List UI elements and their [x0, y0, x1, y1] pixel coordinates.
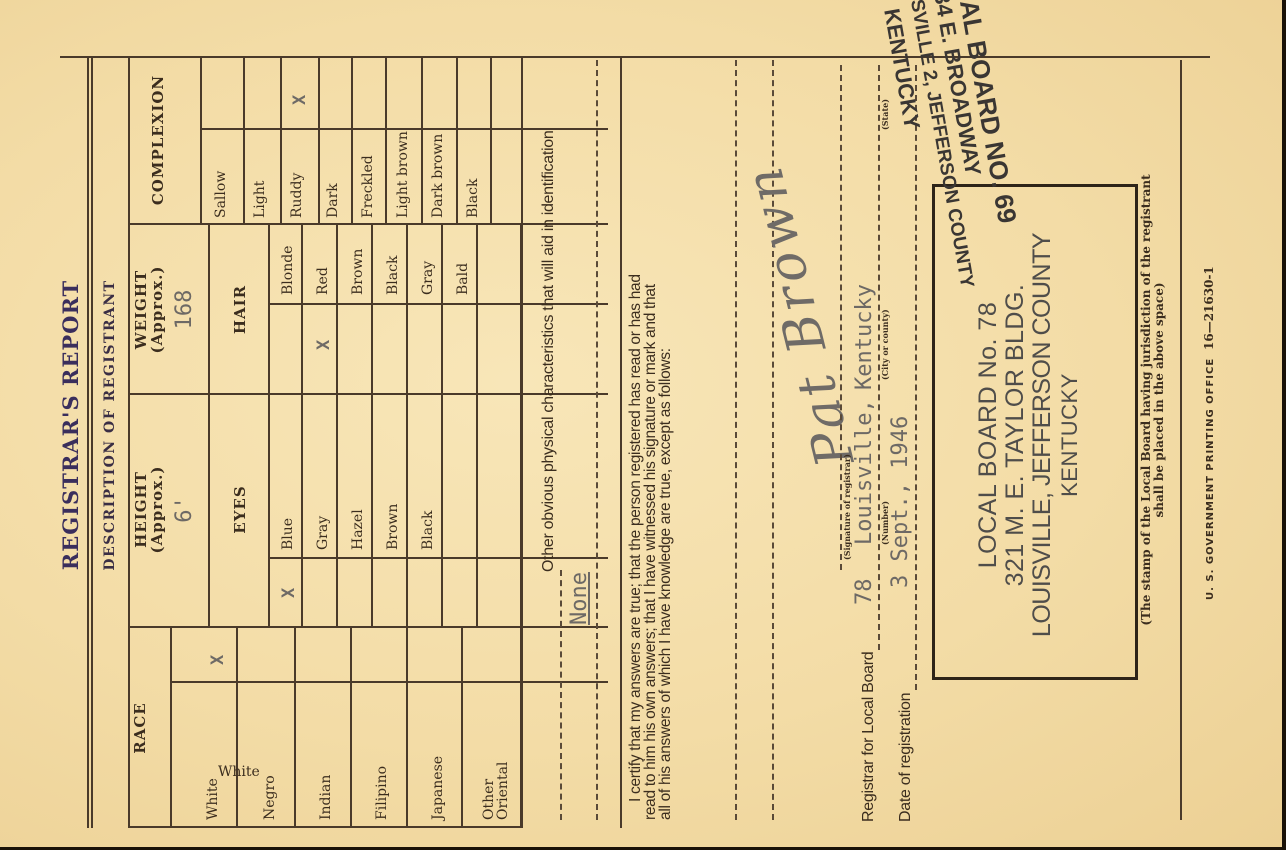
eyes-option-black: Black [420, 511, 436, 550]
height-header: HEIGHT(Approx.) [133, 397, 165, 622]
local-board-69-overstamp: LOCAL BOARD NO. 69 334 E. BROADWAY LOUIS… [870, 0, 1035, 316]
registration-date-label: Date of registration [897, 693, 915, 822]
title-rule-2 [91, 58, 93, 828]
dotted-line [596, 60, 598, 820]
caption-state: (State) [880, 99, 890, 130]
dotted-line [560, 570, 562, 820]
race-header-rule [170, 628, 172, 828]
form-code: 16—21630-1 [1202, 266, 1216, 350]
eyes-option-hazel: Hazel [350, 509, 366, 550]
row-line [280, 58, 282, 225]
form-subtitle: DESCRIPTION OF REGISTRANT [102, 0, 118, 850]
stamp-note: (The stamp of the Local Board having jur… [1140, 120, 1166, 680]
race-label-negro: Negro [262, 700, 278, 820]
complexion-option-light-brown: Light brown [395, 131, 411, 218]
row-line [456, 58, 458, 225]
footer-rule [1180, 60, 1182, 820]
row-line [385, 58, 387, 225]
eyes-header: EYES [232, 397, 248, 622]
cert-line-3: all of his answers of which I have knowl… [658, 60, 673, 820]
complexion-option-dark: Dark [325, 183, 341, 218]
eyes-blue-checkmark: X [279, 588, 299, 598]
registration-date-value: 3 Sept., 1946 [888, 416, 913, 588]
registrar-board-label: Registrar for Local Board [860, 652, 878, 822]
row-line [301, 225, 303, 628]
subtitle-rule [128, 58, 130, 828]
height-value: 6' [172, 397, 197, 622]
eyes-option-gray: Gray [315, 516, 331, 550]
stamp-line-4: KENTUCKY [1056, 195, 1083, 675]
weight-value: 168 [172, 227, 197, 392]
hair-option-bald: Bald [455, 263, 471, 295]
hair-option-brown: Brown [350, 249, 366, 295]
row-line [371, 225, 373, 628]
race-header: RACE [132, 628, 148, 828]
weight-header: WEIGHT(Approx.) [133, 227, 165, 392]
printer-credit: U. S. GOVERNMENT PRINTING OFFICE [1205, 358, 1216, 600]
title-rule [87, 58, 89, 828]
eyes-option-brown: Brown [385, 504, 401, 550]
board-state: Kentucky [852, 284, 877, 390]
city-value: Louisville [852, 413, 877, 545]
race-label-indian: Indian [318, 700, 334, 820]
board-city: Louisville, [852, 399, 877, 545]
race-mark-line [170, 681, 236, 683]
race-option-white: White [218, 764, 260, 780]
complexion-ruddy-checkmark: X [290, 95, 310, 105]
race-label-other-oriental: OtherOriental [482, 700, 510, 820]
table-bottom-rule [521, 58, 523, 828]
hair-option-gray: Gray [420, 261, 436, 295]
stamp-note-line-2: shall be placed in the above space) [1153, 120, 1166, 680]
complexion-option-light: Light [252, 181, 268, 218]
row-line [351, 58, 353, 225]
section-rule [620, 58, 622, 828]
complexion-option-ruddy: Ruddy [289, 173, 305, 218]
eyes-option-blue: Blue [280, 518, 296, 550]
row-line [476, 225, 478, 628]
height-weight-divider [128, 393, 208, 395]
row-line [243, 58, 245, 225]
other-characteristics-label: Other obvious physical characteristics t… [540, 0, 558, 850]
race-row-line [461, 628, 463, 828]
complexion-option-dark-brown: Dark brown [430, 134, 446, 218]
row-line [336, 225, 338, 628]
hair-red-checkmark: X [314, 340, 334, 350]
row-line [406, 225, 408, 628]
row-line [441, 225, 443, 628]
hair-option-red: Red [315, 267, 331, 295]
race-label-filipino: Filipino [374, 700, 390, 820]
board-number: 78 [852, 579, 877, 606]
document-viewer: REGISTRAR'S REPORT DESCRIPTION OF REGIST… [0, 0, 1286, 850]
form-title: REGISTRAR'S REPORT [58, 0, 83, 850]
right-frame-line [60, 56, 1210, 58]
other-characteristics-value: None [567, 572, 592, 625]
race-row-line [406, 628, 408, 828]
hw-rule [208, 225, 210, 628]
race-label-japanese: Japanese [430, 700, 446, 820]
table-left-edge [128, 826, 522, 828]
certification-text: I certify that my answers are true; that… [628, 60, 673, 820]
cert-line-1: I certify that my answers are true; that… [628, 60, 643, 820]
race-divider [128, 626, 608, 628]
signature-caption: (Signature of registrar) [842, 454, 852, 560]
race-row-line [350, 628, 352, 828]
row-line [490, 58, 492, 225]
complexion-header-rule [200, 58, 202, 225]
hair-option-black: Black [385, 256, 401, 295]
complexion-option-freckled: Freckled [360, 155, 376, 218]
complexion-option-black: Black [465, 179, 481, 218]
hair-header: HAIR [232, 227, 248, 392]
race-row-line [236, 628, 238, 828]
race-white-checkmark: X [208, 655, 228, 665]
stamp-line-3: LOUISVILLE, JEFFERSON COUNTY [1029, 195, 1056, 675]
registrars-report-card: REGISTRAR'S REPORT DESCRIPTION OF REGIST… [0, 0, 1286, 850]
race-label-white: White [205, 700, 221, 820]
row-line [421, 58, 423, 225]
row-line [318, 58, 320, 225]
registrar-signature: Pat Brown [733, 158, 866, 473]
race-row-line [294, 628, 296, 828]
complexion-option-sallow: Sallow [213, 171, 229, 218]
caption-city: (City or county) [880, 309, 890, 380]
complexion-header: COMPLEXION [150, 58, 166, 222]
eh-rule [268, 225, 270, 628]
hair-option-blonde: Blonde [280, 246, 296, 295]
cert-line-2: read to him his own answers; that I have… [643, 60, 658, 820]
